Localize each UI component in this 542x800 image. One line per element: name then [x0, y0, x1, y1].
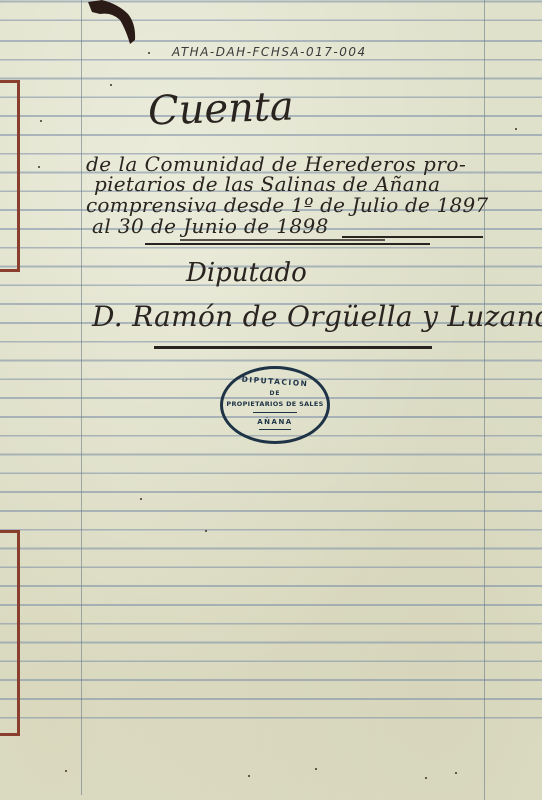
paper-speck — [38, 166, 40, 168]
paper-speck — [65, 770, 67, 772]
paper-speck — [205, 530, 207, 532]
double-underline-top — [180, 239, 385, 241]
double-underline-bottom — [145, 243, 430, 245]
stamp-divider-bottom — [259, 429, 291, 430]
paper-speck — [455, 772, 457, 774]
subtitle-line-4: al 30 de Junio de 1898 — [92, 214, 329, 238]
ledger-page: ATHA-DAH-FCHSA-017-004 Cuenta de la Comu… — [0, 0, 542, 800]
stamp-divider — [253, 412, 297, 413]
ink-blot-mark — [88, 0, 140, 44]
paper-speck — [315, 768, 317, 770]
person-name: D. Ramón de Orgüella y Luzanda — [92, 300, 542, 333]
document-title: Cuenta — [147, 83, 294, 134]
left-margin-line — [81, 0, 82, 795]
archive-reference-code: ATHA-DAH-FCHSA-017-004 — [172, 45, 367, 59]
stamp-line-2: DE — [223, 390, 327, 397]
paper-speck — [148, 52, 150, 54]
paper-speck — [140, 498, 142, 500]
right-margin-line — [484, 0, 485, 800]
red-margin-bracket-bottom — [0, 530, 20, 736]
paper-speck — [248, 775, 250, 777]
paper-speck — [425, 777, 427, 779]
role-label: Diputado — [186, 258, 307, 288]
paper-speck — [110, 84, 112, 86]
name-underline — [154, 346, 432, 349]
end-underline — [342, 236, 483, 238]
oval-stamp: DIPUTACION DE PROPIETARIOS DE SALES AÑAN… — [220, 366, 330, 444]
stamp-line-3: PROPIETARIOS DE SALES — [223, 400, 327, 408]
paper-speck — [515, 128, 517, 130]
stamp-line-1: DIPUTACION — [223, 373, 327, 389]
stamp-line-4: AÑANA — [223, 418, 327, 426]
red-margin-bracket-top — [0, 80, 20, 272]
paper-speck — [40, 120, 42, 122]
